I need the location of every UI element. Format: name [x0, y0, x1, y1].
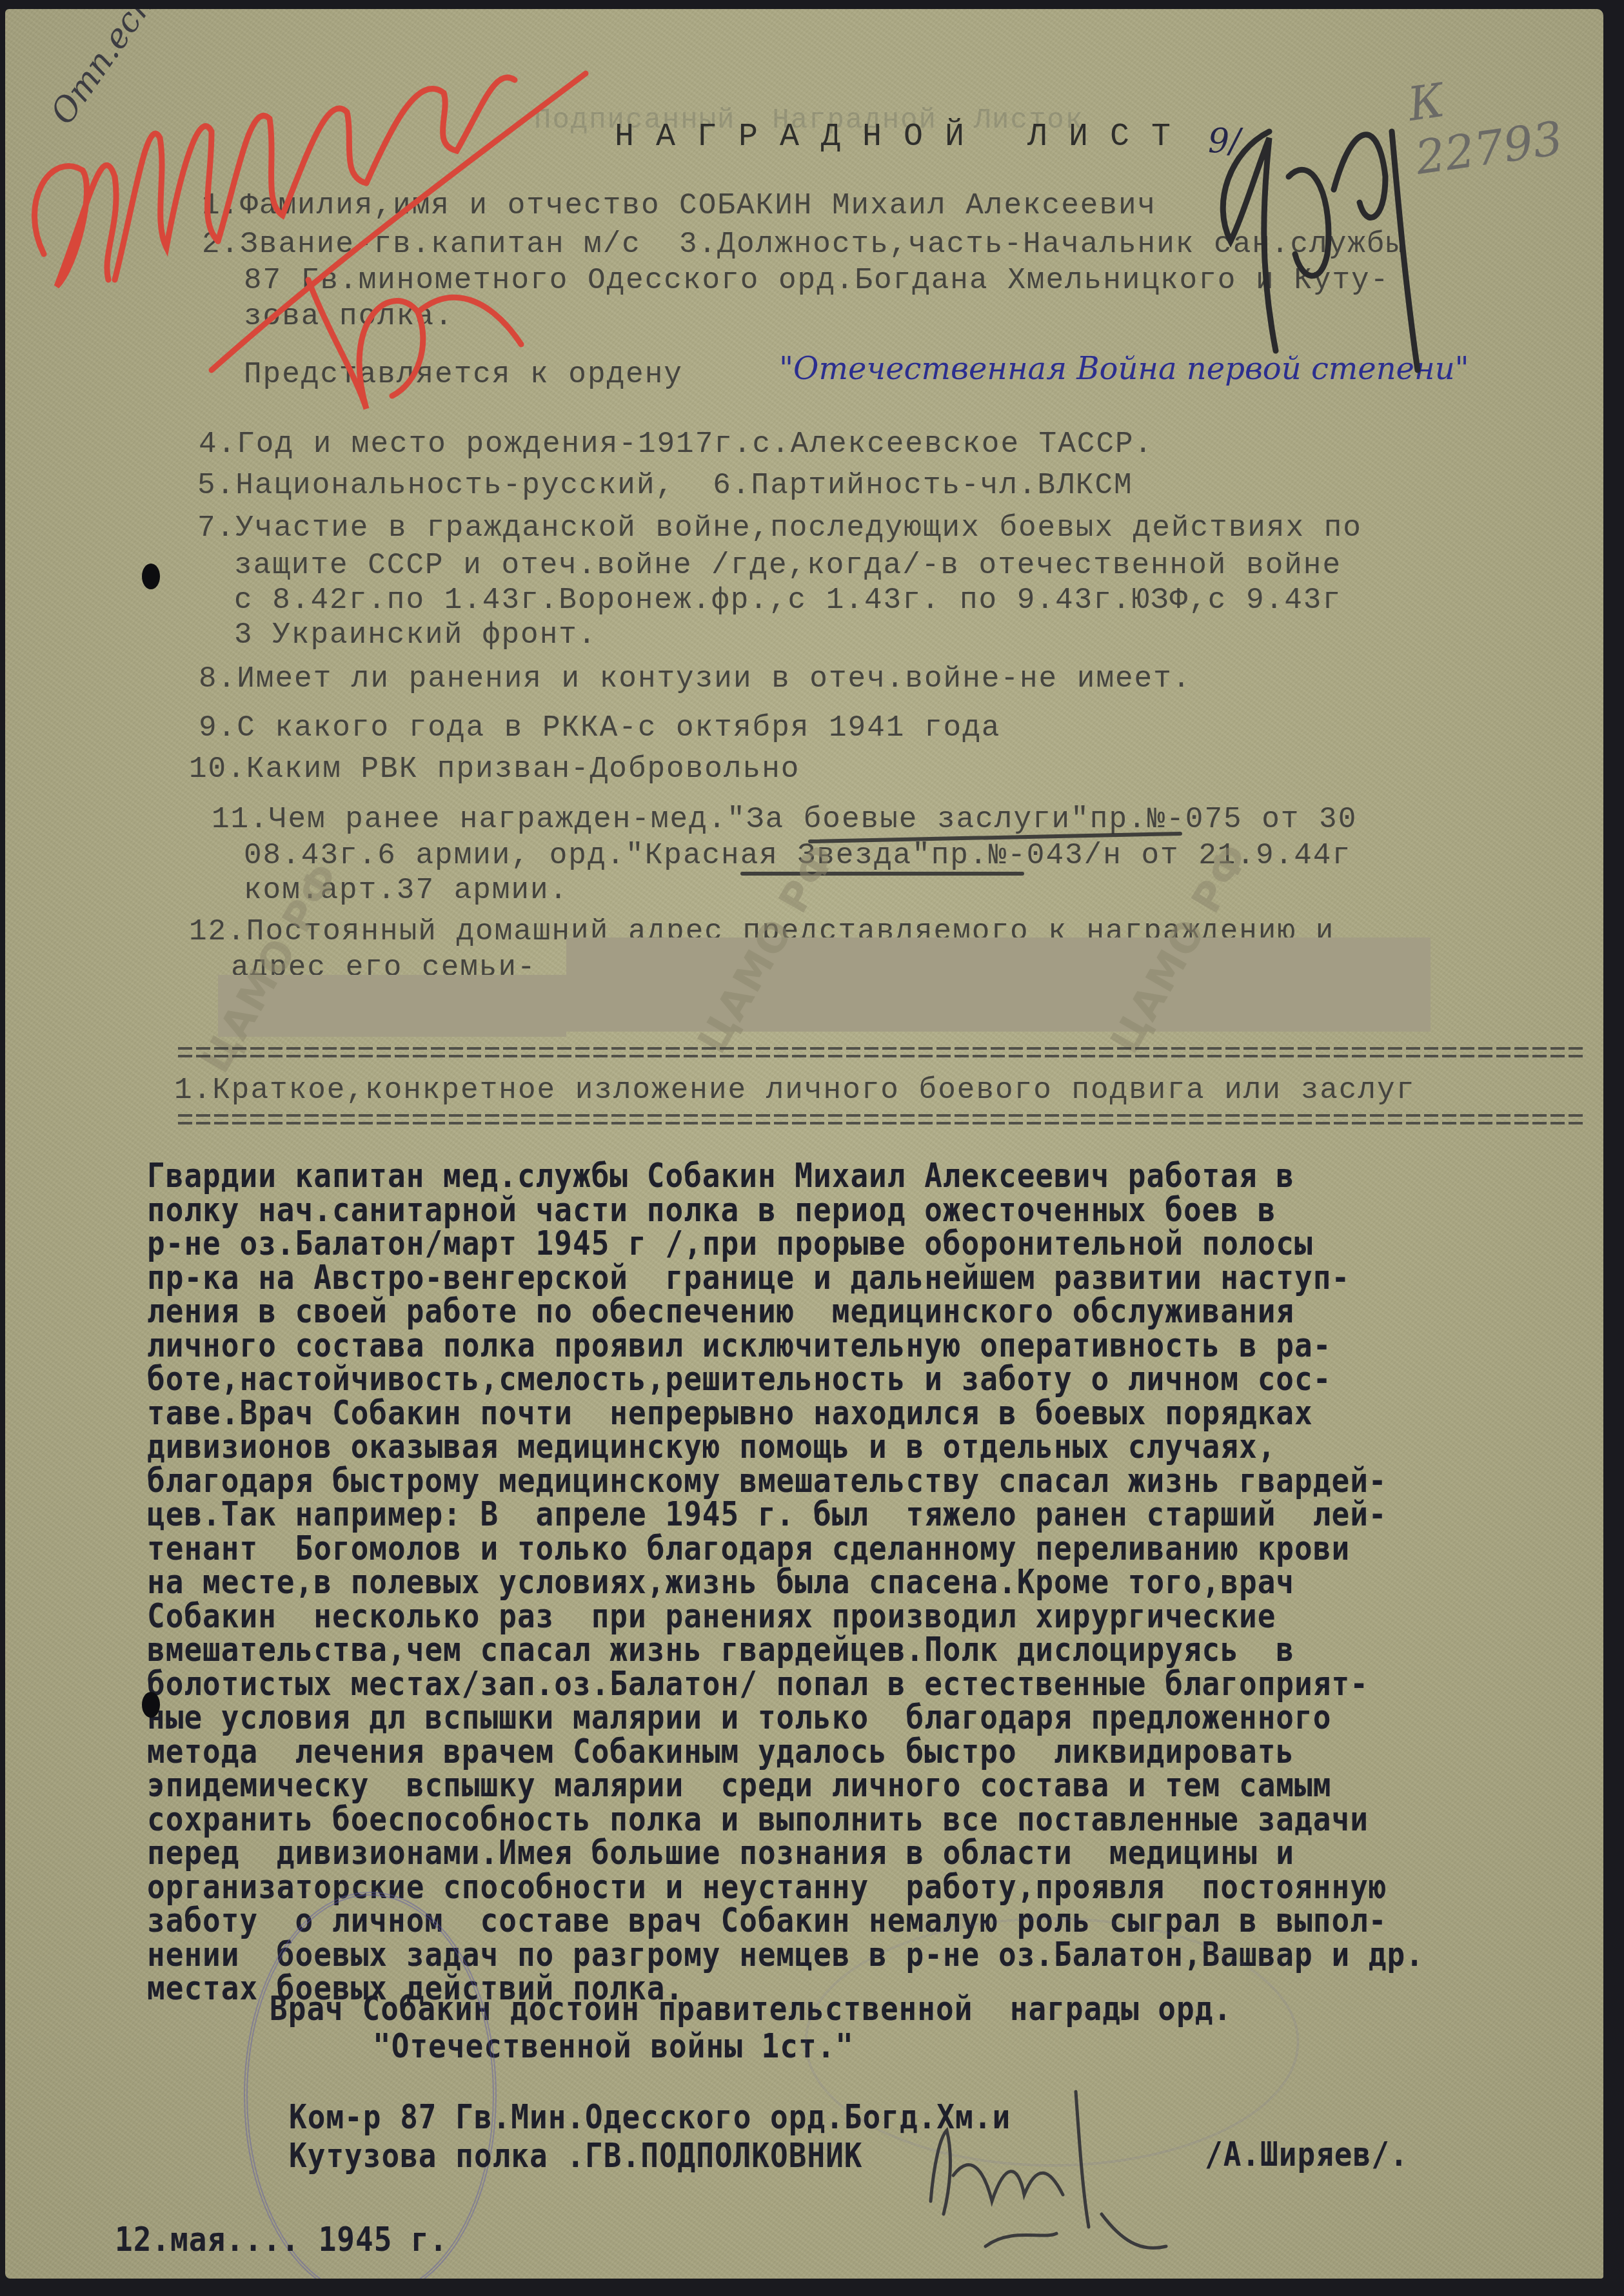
section-heading-feat: 1.Краткое,конкретное изложение личного б… — [174, 1073, 1415, 1108]
narrative-line: р-не оз.Балатон/март 1945 г /,при прорыв… — [147, 1224, 1424, 1262]
narrative-line: Собакин несколько раз при ранениях произ… — [147, 1597, 1424, 1635]
narrative-line: на месте,в полевых условиях,жизнь была с… — [147, 1563, 1424, 1601]
archive-number-annotation: К 22793 — [1405, 51, 1603, 185]
narrative-line: вмешательства,чем спасал жизнь гвардейце… — [147, 1631, 1424, 1669]
field-7-service-cont-1: защите СССР и отеч.войне /где,когда/-в о… — [234, 548, 1342, 583]
field-1-name: 1.Фамилия,имя и отчество СОБАКИН Михаил … — [202, 188, 1156, 223]
narrative-line: Гвардии капитан мед.службы Собакин Михаи… — [147, 1157, 1424, 1195]
signature-date: 12.мая.... 1945 г. — [115, 2221, 448, 2259]
narrative-line: таве.Врач Собакин почти непрерывно наход… — [147, 1394, 1424, 1432]
punch-hole — [142, 564, 160, 589]
narrative-line: тенант Богомолов и только благодаря сдел… — [147, 1529, 1424, 1567]
field-7-service-cont-3: 3 Украинский фронт. — [234, 618, 597, 652]
narrative-line: цев.Так например: В апреле 1945 г. был т… — [147, 1495, 1424, 1533]
narrative-line: сохранить боеспособность полка и выполни… — [147, 1800, 1424, 1838]
divider-double-dashed-bottom — [178, 1114, 1584, 1124]
field-7-service: 7.Участие в гражданской войне,последующи… — [197, 511, 1362, 545]
narrative-line: болотистых местах/зап.оз.Балатон/ попал … — [147, 1665, 1424, 1703]
divider-double-dashed-top — [178, 1047, 1584, 1057]
narrative-line: личного состава полка проявил исключител… — [147, 1326, 1424, 1364]
presented-for-order-label: Представляется к ордену — [244, 357, 683, 392]
narrative-line: дивизионов оказывая медицинскую помощь и… — [147, 1428, 1424, 1466]
field-10-draft-office: 10.Каким РВК призван-Добровольно — [189, 752, 800, 787]
award-sheet-page: Подписанный Наградной Листок НАГРАДНОЙ Л… — [5, 9, 1603, 2279]
signature-commander-rank: Кутузова полка .ГВ.ПОДПОЛКОВНИК — [289, 2137, 863, 2175]
punch-hole — [142, 1692, 160, 1718]
narrative-line: перед дивизионами.Имея большие познания … — [147, 1834, 1424, 1872]
document-title: НАГРАДНОЙ ЛИСТ — [615, 119, 1193, 155]
page-mark: 9/ — [1208, 122, 1241, 161]
signature-name: /А.Ширяев/. — [1205, 2135, 1409, 2173]
narrative-line: метода лечения врачем Собакиным удалось … — [147, 1732, 1424, 1771]
field-3-unit-cont: зова полка. — [244, 299, 454, 334]
narrative-line: полку нач.санитарной части полка в перио… — [147, 1191, 1424, 1229]
field-11-previous-awards: 11.Чем ранее награжден-мед."За боевые за… — [212, 802, 1357, 837]
narrative-line: эпидемическу вспышку малярии среди лично… — [147, 1766, 1424, 1804]
field-3-unit: 87 Гв.минометного Одесского орд.Богдана … — [244, 263, 1389, 298]
narrative-line: благодаря быстрому медицинскому вмешател… — [147, 1462, 1424, 1500]
redacted-address-block-2 — [566, 937, 1431, 1032]
narrative-line: боте,настойчивость,смелость,решительност… — [147, 1360, 1424, 1398]
narrative-body: Гвардии капитан мед.службы Собакин Михаи… — [147, 1157, 1424, 2003]
narrative-line: пр-ка на Австро-венгерской границе и дал… — [147, 1259, 1424, 1297]
field-7-service-cont-2: с 8.42г.по 1.43г.Воронеж.фр.,с 1.43г. по… — [234, 583, 1342, 618]
narrative-line: ные условия дл вспышки малярии и только … — [147, 1698, 1424, 1736]
top-left-annotation: Отп.ест — [43, 9, 168, 132]
field-5-6-nationality-party: 5.Национальность-русский, 6.Партийность-… — [197, 468, 1133, 503]
field-2-3-rank-position: 2.Звание-гв.капитан м/с 3.Должность,част… — [202, 227, 1405, 262]
signature-commander-title: Ком-р 87 Гв.Мин.Одесского орд.Богд.Хм.и — [289, 2098, 1011, 2136]
field-9-rkka-since: 9.С какого года в РККА-с октября 1941 го… — [199, 711, 1000, 745]
field-4-birth: 4.Год и место рождения-1917г.с.Алексеевс… — [199, 427, 1153, 462]
presented-award-handwritten: "Отечественная Война первой степени" — [779, 351, 1469, 387]
field-8-wounds: 8.Имеет ли ранения и контузии в отеч.вой… — [199, 662, 1191, 696]
narrative-line: ления в своей работе по обеспечению меди… — [147, 1292, 1424, 1330]
